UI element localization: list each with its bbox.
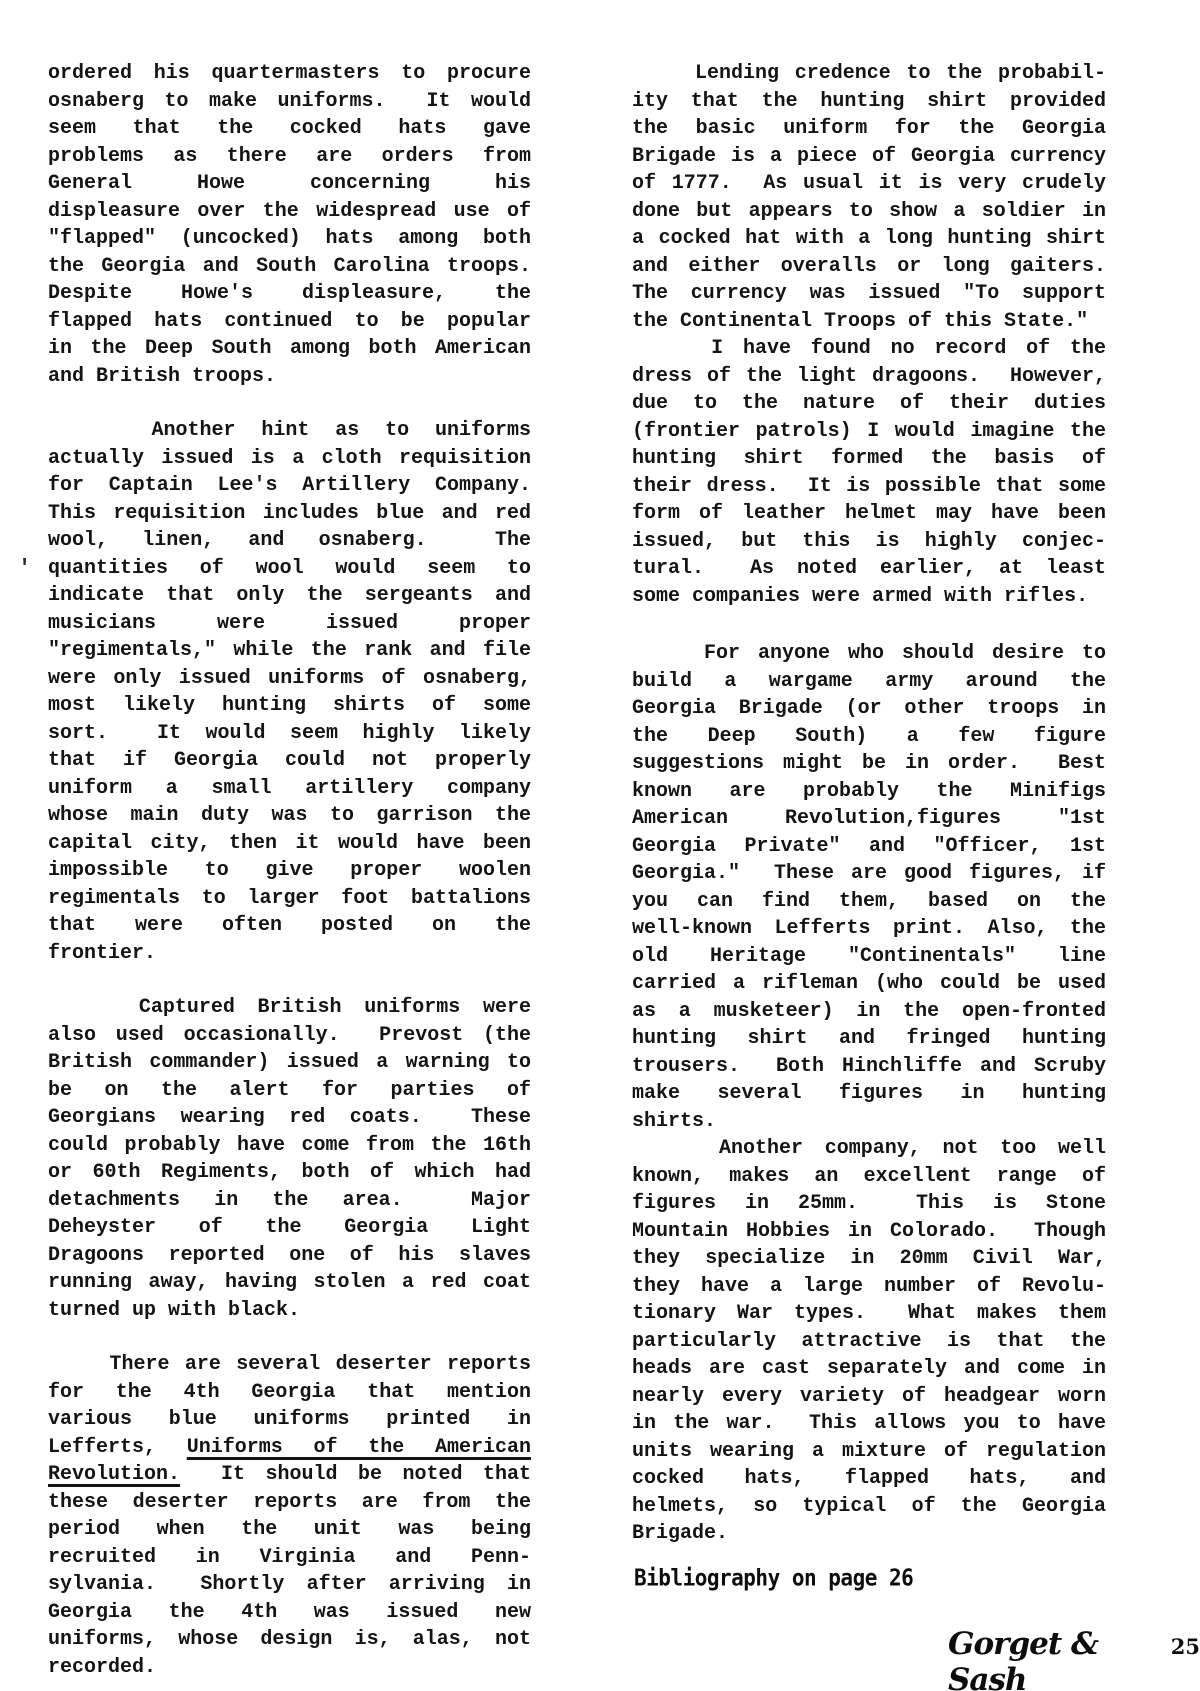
text-line: problems as there are orders from: [48, 143, 531, 171]
text-line: units wearing a mixture of regulation: [632, 1438, 1106, 1466]
text-line: old Heritage "Continentals" line: [632, 943, 1106, 971]
text-line: trousers. Both Hinchliffe and Scruby: [632, 1053, 1106, 1081]
text-line: For anyone who should desire to: [632, 640, 1106, 668]
text-line: detachments in the area. Major: [48, 1187, 531, 1215]
text-line: wool, linen, and osnaberg. The: [48, 527, 531, 555]
text-line: in the Deep South among both American: [48, 335, 531, 363]
text-line: There are several deserter reports: [48, 1351, 531, 1379]
text-line: Revolution. It should be noted that: [48, 1461, 531, 1489]
text-line: impossible to give proper woolen: [48, 857, 531, 885]
paragraph: For anyone who should desire tobuild a w…: [632, 640, 1106, 1135]
magazine-title: Gorget & Sash: [948, 1626, 1141, 1691]
text-line: ity that the hunting shirt provided: [632, 88, 1106, 116]
text-line: these deserter reports are from the: [48, 1489, 531, 1517]
text-line: some companies were armed with rifles.: [632, 583, 1106, 611]
text-line: Deheyster of the Georgia Light: [48, 1214, 531, 1242]
text-line: Another company, not too well: [632, 1135, 1106, 1163]
text-line: Georgians wearing red coats. These: [48, 1104, 531, 1132]
text-line: period when the unit was being: [48, 1516, 531, 1544]
text-line: heads are cast separately and come in: [632, 1355, 1106, 1383]
text-line: recorded.: [48, 1654, 531, 1682]
text-line: uniforms, whose design is, alas, not: [48, 1626, 531, 1654]
text-line: frontier.: [48, 940, 531, 968]
text-line: tionary War types. What makes them: [632, 1300, 1106, 1328]
footer-brand: Gorget & Sash 25: [948, 1626, 1200, 1691]
text-line: as a musketeer) in the open-fronted: [632, 998, 1106, 1026]
text-line: displeasure over the widespread use of: [48, 198, 531, 226]
text-line: Georgia." These are good figures, if: [632, 860, 1106, 888]
text-segment: It should be noted that: [180, 1463, 531, 1486]
text-line: American Revolution,figures "1st: [632, 805, 1106, 833]
text-line: of 1777. As usual it is very crudely: [632, 170, 1106, 198]
text-line: the Deep South) a few figure: [632, 723, 1106, 751]
text-line: General Howe concerning his: [48, 170, 531, 198]
text-line: Georgia Private" and "Officer, 1st: [632, 833, 1106, 861]
text-line: regimentals to larger foot battalions: [48, 885, 531, 913]
text-line: whose main duty was to garrison the: [48, 802, 531, 830]
text-line: "regimentals," while the rank and file: [48, 637, 531, 665]
text-line: various blue uniforms printed in: [48, 1406, 531, 1434]
underlined-book-title: Revolution.: [48, 1463, 180, 1486]
text-line: Lending credence to the probabil-: [632, 60, 1106, 88]
text-line: they have a large number of Revolu-: [632, 1273, 1106, 1301]
text-line: and either overalls or long gaiters.: [632, 253, 1106, 281]
text-line: flapped hats continued to be popular: [48, 308, 531, 336]
text-line: were only issued uniforms of osnaberg,: [48, 665, 531, 693]
text-line: for the 4th Georgia that mention: [48, 1379, 531, 1407]
text-line: the Georgia and South Carolina troops.: [48, 253, 531, 281]
paragraph: There are several deserter reportsfor th…: [48, 1351, 531, 1681]
text-line: the basic uniform for the Georgia: [632, 115, 1106, 143]
text-line: make several figures in hunting: [632, 1080, 1106, 1108]
text-line: could probably have come from the 16th: [48, 1132, 531, 1160]
text-line: Captured British uniforms were: [48, 994, 531, 1022]
text-line: (frontier patrols) I would imagine the: [632, 418, 1106, 446]
text-line: Mountain Hobbies in Colorado. Though: [632, 1218, 1106, 1246]
text-line: done but appears to show a soldier in: [632, 198, 1106, 226]
text-line: issued, but this is highly conjec-: [632, 528, 1106, 556]
text-line: Brigade is a piece of Georgia currency: [632, 143, 1106, 171]
text-line: in the war. This allows you to have: [632, 1410, 1106, 1438]
paragraph: Another company, not too wellknown, make…: [632, 1135, 1106, 1548]
text-line: for Captain Lee's Artillery Company.: [48, 472, 531, 500]
text-line: musicians were issued proper: [48, 610, 531, 638]
text-line: The currency was issued "To support: [632, 280, 1106, 308]
paragraph: Captured British uniforms werealso used …: [48, 994, 531, 1324]
text-line: cocked hats, flapped hats, and: [632, 1465, 1106, 1493]
text-line: actually issued is a cloth requisition: [48, 445, 531, 473]
text-line: Dragoons reported one of his slaves: [48, 1242, 531, 1270]
paragraph: Lending credence to the probabil-ity tha…: [632, 60, 1106, 335]
text-line: running away, having stolen a red coat: [48, 1269, 531, 1297]
text-line: Lefferts, Uniforms of the American: [48, 1434, 531, 1462]
text-line: a cocked hat with a long hunting shirt: [632, 225, 1106, 253]
text-line: carried a rifleman (who could be used: [632, 970, 1106, 998]
text-line: that if Georgia could not properly: [48, 747, 531, 775]
text-line: form of leather helmet may have been: [632, 500, 1106, 528]
text-line: hunting shirt formed the basis of: [632, 445, 1106, 473]
paragraph: Another hint as to uniformsactually issu…: [48, 417, 531, 967]
text-line: sylvania. Shortly after arriving in: [48, 1571, 531, 1599]
text-line: seem that the cocked hats gave: [48, 115, 531, 143]
text-line: and British troops.: [48, 363, 531, 391]
text-line: capital city, then it would have been: [48, 830, 531, 858]
text-line: hunting shirt and fringed hunting: [632, 1025, 1106, 1053]
text-line: or 60th Regiments, both of which had: [48, 1159, 531, 1187]
text-line: Georgia Brigade (or other troops in: [632, 695, 1106, 723]
text-line: shirts.: [632, 1108, 1106, 1136]
text-line: due to the nature of their duties: [632, 390, 1106, 418]
right-column: Lending credence to the probabil-ity tha…: [632, 60, 1106, 1548]
text-segment: Lefferts,: [48, 1436, 187, 1459]
text-line: their dress. It is possible that some: [632, 473, 1106, 501]
text-line: sort. It would seem highly likely: [48, 720, 531, 748]
text-line: build a wargame army around the: [632, 668, 1106, 696]
text-line: most likely hunting shirts of some: [48, 692, 531, 720]
text-line: This requisition includes blue and red: [48, 500, 531, 528]
text-line: that were often posted on the: [48, 912, 531, 940]
paragraph: ordered his quartermasters to procureosn…: [48, 60, 531, 390]
text-line: Georgia the 4th was issued new: [48, 1599, 531, 1627]
bibliography-note: Bibliography on page 26: [634, 1565, 913, 1591]
underlined-book-title: Uniforms of the American: [187, 1436, 531, 1459]
text-line: they specialize in 20mm Civil War,: [632, 1245, 1106, 1273]
text-line: Another hint as to uniforms: [48, 417, 531, 445]
text-line: well-known Lefferts print. Also, the: [632, 915, 1106, 943]
text-line: nearly every variety of headgear worn: [632, 1383, 1106, 1411]
text-line: dress of the light dragoons. However,: [632, 363, 1106, 391]
text-line: uniform a small artillery company: [48, 775, 531, 803]
text-line: figures in 25mm. This is Stone: [632, 1190, 1106, 1218]
left-column: ordered his quartermasters to procureosn…: [48, 60, 531, 1681]
text-line: Despite Howe's displeasure, the: [48, 280, 531, 308]
text-line: "flapped" (uncocked) hats among both: [48, 225, 531, 253]
text-line: be on the alert for parties of: [48, 1077, 531, 1105]
paragraph: I have found no record of thedress of th…: [632, 335, 1106, 610]
page-number: 25: [1171, 1634, 1200, 1659]
text-line: Brigade.: [632, 1520, 1106, 1548]
text-line: suggestions might be in order. Best: [632, 750, 1106, 778]
text-line: you can find them, based on the: [632, 888, 1106, 916]
text-line: the Continental Troops of this State.": [632, 308, 1106, 336]
text-line: recruited in Virginia and Penn-: [48, 1544, 531, 1572]
text-line: helmets, so typical of the Georgia: [632, 1493, 1106, 1521]
text-line: osnaberg to make uniforms. It would: [48, 88, 531, 116]
text-line: tural. As noted earlier, at least: [632, 555, 1106, 583]
text-line: known are probably the Minifigs: [632, 778, 1106, 806]
scan-margin-artifact: ': [18, 556, 31, 581]
text-line: I have found no record of the: [632, 335, 1106, 363]
text-line: also used occasionally. Prevost (the: [48, 1022, 531, 1050]
text-line: known, makes an excellent range of: [632, 1163, 1106, 1191]
text-line: particularly attractive is that the: [632, 1328, 1106, 1356]
text-line: British commander) issued a warning to: [48, 1049, 531, 1077]
scanned-article-page: ' ordered his quartermasters to procureo…: [0, 0, 1200, 1691]
text-line: indicate that only the sergeants and: [48, 582, 531, 610]
text-line: quantities of wool would seem to: [48, 555, 531, 583]
text-line: turned up with black.: [48, 1297, 531, 1325]
text-line: ordered his quartermasters to procure: [48, 60, 531, 88]
